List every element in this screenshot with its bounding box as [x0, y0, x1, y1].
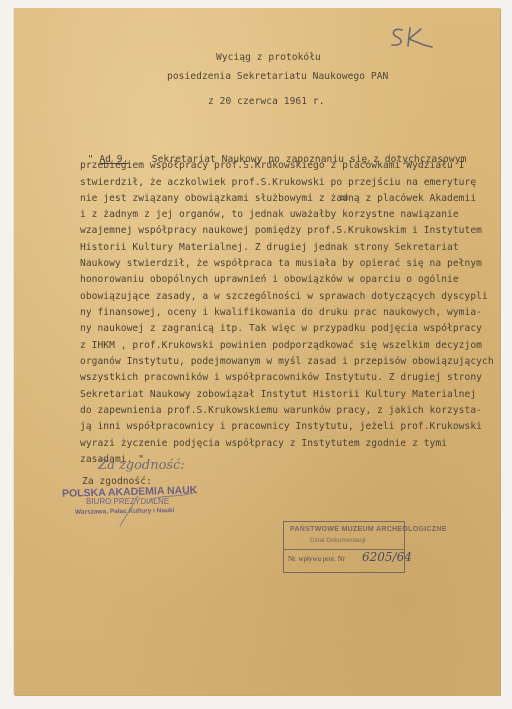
body-line: wszystkich pracowników i współpracownikó… [80, 373, 482, 383]
archive-stamp-line-1: PAŃSTWOWE MUZEUM ARCHEOLOGICZNE [290, 526, 447, 533]
archive-stamp-number: 6205/64 [362, 550, 412, 564]
body-line: wzajemnej współpracy naukowej pomiędzy p… [80, 226, 482, 236]
archive-stamp: PAŃSTWOWE MUZEUM ARCHEOLOGICZNE Dział Do… [283, 521, 405, 573]
body-line: ny naukowej z zagranicą itp. Tak więc w … [80, 324, 482, 334]
body-line: z IHKM , prof.Krukowski powinien podporz… [80, 341, 482, 351]
body-line: wyrazi życzenie podjęcia współpracy z In… [80, 439, 447, 449]
heading-line-3: z 20 czerwca 1961 r. [208, 97, 325, 107]
body-line: do zapewnienia prof.S.Krukowskiemu warun… [80, 406, 482, 416]
document-page [14, 8, 500, 695]
archive-stamp-line-3: Nr. wpływu prot. Nr [288, 555, 345, 563]
handwritten-conformity: Za zgodność: [98, 458, 185, 473]
body-line: Sekretariat Naukowy zobowiązał Instytut … [80, 390, 476, 400]
body-line: stwierdził, że aczkolwiek prof.S.Krukows… [80, 178, 476, 188]
body-line: ją inni współpracownicy i pracownicy Ins… [80, 422, 482, 432]
body-line: Naukowy stwierdził, że współpraca ta mus… [80, 259, 482, 269]
body-line: obowiązujące zasady, a w szczególności w… [80, 292, 488, 302]
body-line: Historii Kultury Materialnej. Z drugiej … [80, 243, 459, 253]
heading-line-1: Wyciąg z protokółu [216, 53, 321, 63]
body-line: nie jest związany obowiązkami służbowymi… [80, 194, 476, 204]
archive-stamp-line-2: Dział Dokumentacji [310, 537, 366, 544]
heading-line-2: posiedzenia Sekretariatu Naukowego PAN [167, 72, 388, 82]
body-line: honorowaniu obopólnych uprawnień i obowi… [80, 275, 459, 285]
body-line: przebiegiem współpracy prof.S.Krukowskie… [80, 161, 465, 171]
signature-stroke [110, 488, 200, 528]
body-line: organów Instytutu, podejmowanym w myśl z… [80, 357, 494, 367]
body-line: i z żadnym z jej organów, to jednak uważ… [80, 210, 459, 220]
body-line: ny finansowej, oceny i kwalifikowania do… [80, 308, 482, 318]
handwritten-initials [388, 24, 440, 52]
